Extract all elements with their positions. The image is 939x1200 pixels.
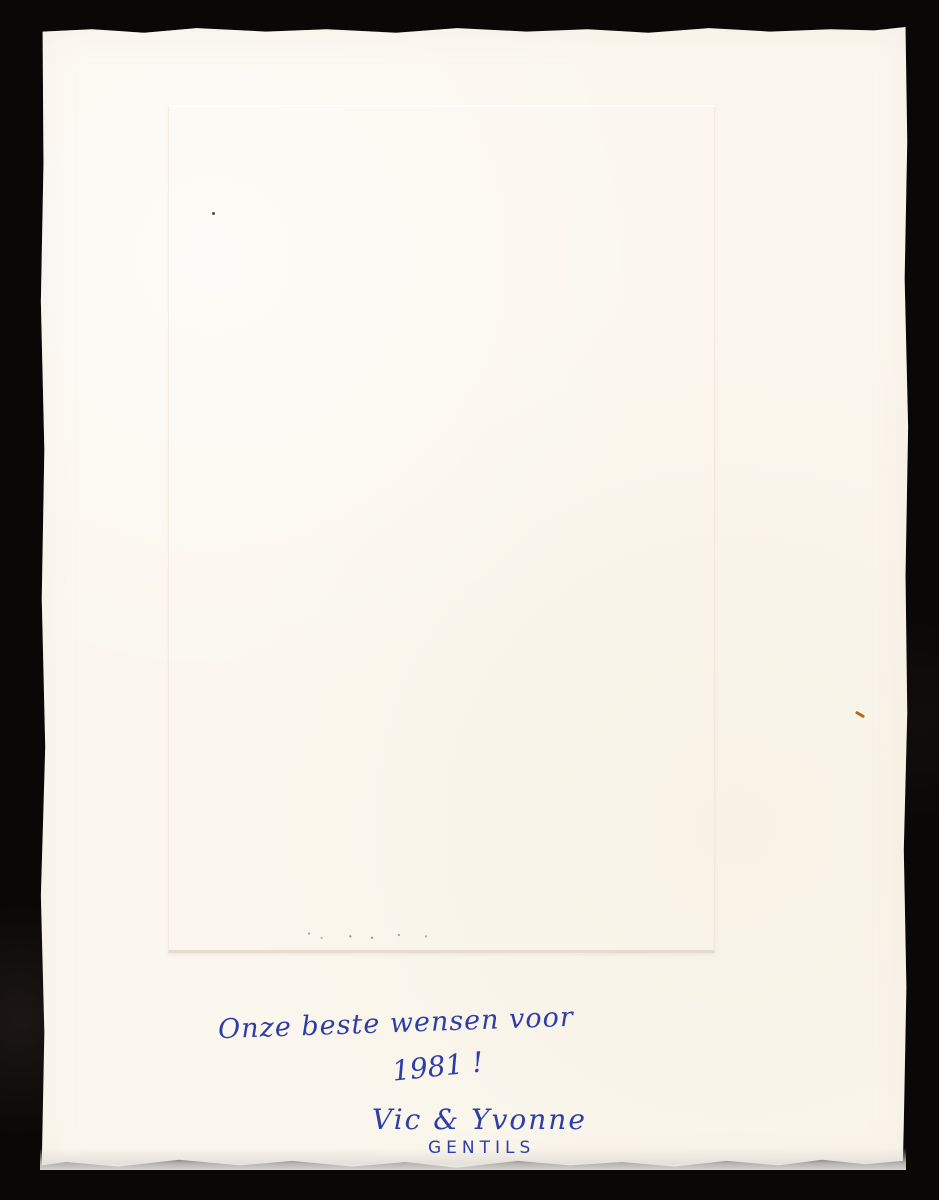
paper-speck xyxy=(212,212,215,215)
greeting-line: Onze beste wensen voor xyxy=(218,1002,575,1045)
handwritten-inscription: Onze beste wensen voor 1981 ! Vic & Yvon… xyxy=(200,1000,720,1170)
year-line: 1981 ! xyxy=(391,1045,485,1087)
plate-mark xyxy=(168,105,715,953)
signature-names: Vic & Yvonne xyxy=(372,1103,587,1136)
plate-mark-specks xyxy=(300,928,480,942)
signature-surname: GENTILS xyxy=(428,1138,535,1158)
